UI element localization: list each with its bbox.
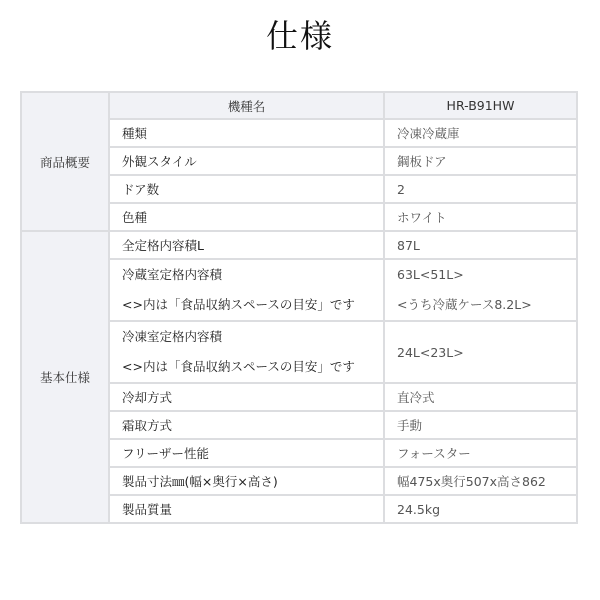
spec-label-line1: 冷蔵室定格内容積 <box>122 260 371 290</box>
spec-value: ホワイト <box>384 203 577 231</box>
spec-label: フリーザー性能 <box>109 439 384 467</box>
header-label: 機種名 <box>109 92 384 119</box>
spec-value: 直冷式 <box>384 383 577 411</box>
spec-label-line1: 冷凍室定格内容積 <box>122 322 371 352</box>
spec-table: 商品概要 機種名 HR-B91HW 種類 冷凍冷蔵庫 外観スタイル 鋼板ドア ド… <box>20 91 578 524</box>
page-title: 仕様 <box>0 14 600 58</box>
spec-label: 全定格内容積L <box>109 231 384 259</box>
spec-value: 手動 <box>384 411 577 439</box>
spec-value: 鋼板ドア <box>384 147 577 175</box>
spec-label: 種類 <box>109 119 384 147</box>
spec-label: 色種 <box>109 203 384 231</box>
spec-value: 24L<23L> <box>384 321 577 383</box>
spec-value: 87L <box>384 231 577 259</box>
spec-value-line2: <うち冷蔵ケース8.2L> <box>397 290 564 320</box>
spec-value-line1: 63L<51L> <box>397 260 564 290</box>
header-model: HR-B91HW <box>384 92 577 119</box>
table-header-row: 商品概要 機種名 HR-B91HW <box>21 92 577 119</box>
spec-label: ドア数 <box>109 175 384 203</box>
spec-label-note: <>内は「食品収納スペースの目安」です <box>122 352 371 382</box>
spec-value: 冷凍冷蔵庫 <box>384 119 577 147</box>
spec-label: 冷凍室定格内容積 <>内は「食品収納スペースの目安」です <box>109 321 384 383</box>
spec-value: 24.5kg <box>384 495 577 523</box>
spec-label: 霜取方式 <box>109 411 384 439</box>
spec-value: 63L<51L> <うち冷蔵ケース8.2L> <box>384 259 577 321</box>
spec-label: 冷却方式 <box>109 383 384 411</box>
spec-label: 製品寸法㎜(幅×奥行×高さ) <box>109 467 384 495</box>
table-row: 基本仕様 全定格内容積L 87L <box>21 231 577 259</box>
spec-label: 製品質量 <box>109 495 384 523</box>
spec-label: 冷蔵室定格内容積 <>内は「食品収納スペースの目安」です <box>109 259 384 321</box>
spec-label: 外観スタイル <box>109 147 384 175</box>
group-label-overview: 商品概要 <box>21 92 109 231</box>
group-label-basic-spec: 基本仕様 <box>21 231 109 523</box>
spec-label-note: <>内は「食品収納スペースの目安」です <box>122 290 371 320</box>
spec-value: フォースター <box>384 439 577 467</box>
spec-value: 幅475x奥行507x高さ862 <box>384 467 577 495</box>
spec-value: 2 <box>384 175 577 203</box>
